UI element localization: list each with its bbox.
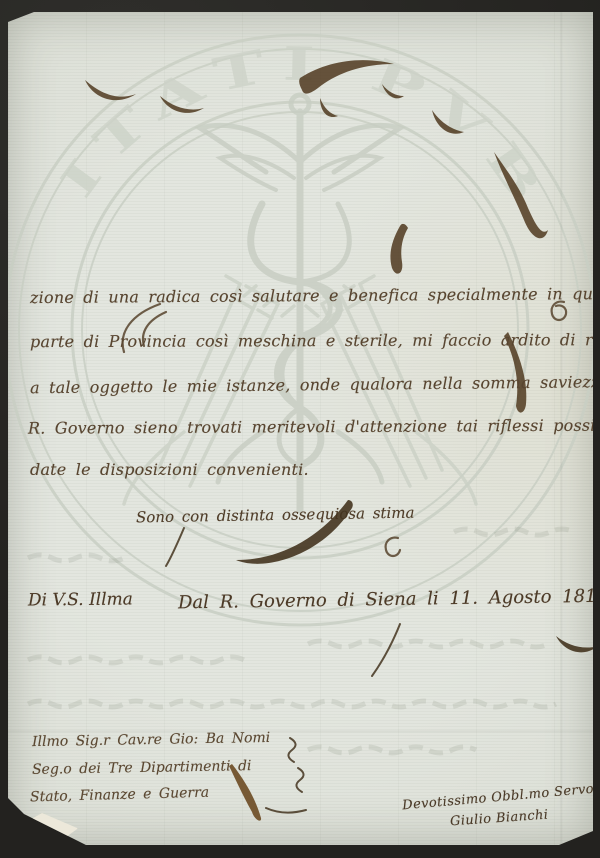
scan-background: ITATI PVBLICAE AV <box>0 0 600 858</box>
body-line-2: parte di Provincia così meschina e steri… <box>30 330 600 351</box>
letter-page: ITATI PVBLICAE AV <box>8 12 593 845</box>
signature-line-1: Devotissimo Obbl.mo Servo <box>402 782 595 814</box>
signature-name: Giulio Bianchi <box>450 808 549 830</box>
closing-line: Sono con distinta ossequiosa stima <box>136 504 415 527</box>
body-line-1: zione di una radica così salutare e bene… <box>30 284 600 307</box>
dateline-place-date: Dal R. Governo di Siena li 11. Agosto 18… <box>178 586 600 614</box>
body-line-3: a tale oggetto le mie istanze, onde qual… <box>30 372 600 397</box>
address-line-2: Seg.o dei Tre Dipartimenti di <box>32 758 252 778</box>
body-line-4: R. Governo sieno trovati meritevoli d'at… <box>28 415 600 437</box>
address-line-1: Illmo Sig.r Cav.re Gio: Ba Nomi <box>32 730 270 750</box>
body-line-5: date le disposizioni convenienti. <box>30 460 309 479</box>
seal-arc-text: ITATI PVBLICAE AV <box>8 12 561 223</box>
address-line-3: Stato, Finanze e Guerra <box>30 785 210 806</box>
torn-paper-fragment <box>20 813 78 841</box>
dateline-recipient: Di V.S. Illma <box>28 589 133 610</box>
